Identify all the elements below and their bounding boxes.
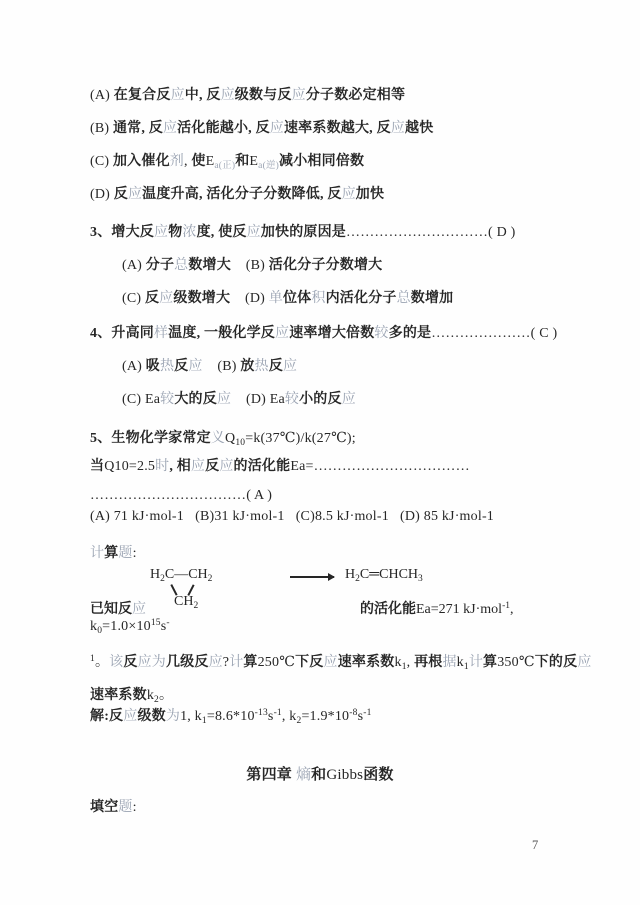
product-formula: H2C═CHCH3 (345, 567, 423, 584)
text-run: …………………………… (90, 488, 246, 503)
text-run: k (457, 655, 464, 670)
document-page: { "page": { "number": "7" }, "colors": {… (0, 0, 640, 905)
calc-text-block: k0=1.0×1015s-1。该反应为几级反应?计算250℃下反应速率系数k1,… (0, 618, 640, 829)
q2-option-d: (D) 反应温度升高, 活化分子分数降低, 反应加快 (90, 183, 610, 216)
text-run: 较 (160, 392, 174, 407)
text-run: 应 (283, 359, 297, 374)
text-run: 。 (159, 688, 173, 703)
text-run: =8.6*10 (207, 709, 255, 724)
text-run: 物 (168, 225, 182, 240)
chem-structure: H2C—CH2 CH2 H2C═CHCH3 已知反应 的活化能Ea=271 kJ… (90, 567, 640, 618)
text-run: E (249, 154, 258, 169)
reaction-arrow-icon (290, 576, 334, 578)
text-run: a(正) (214, 161, 235, 171)
q3-stem: 3、增大反应物浓度, 使反应加快的原因是…………………………( D ) (90, 221, 610, 254)
text-run: 应 (123, 709, 137, 724)
text-run: 数增加 (411, 291, 454, 306)
page-number: 7 (532, 838, 538, 853)
q5-options: (A) 71 kJ·mol-1 (B)31 kJ·mol-1 (C)8.5 kJ… (90, 509, 610, 542)
text-run: 使 (191, 154, 205, 169)
q5-stem-2: 当Q10=2.5时, 相应反应的活化能Ea=…………………………… (90, 455, 610, 488)
text-run: 的活化能 (360, 602, 416, 617)
text-run: 。 (95, 655, 109, 670)
text-run: 1, k (180, 709, 202, 724)
text-run: 几级反 (166, 655, 209, 670)
text-run: 加快 (356, 187, 384, 202)
text-run: 速率系数 (338, 655, 395, 670)
text-run (231, 392, 246, 407)
text-run: 当 (90, 459, 104, 474)
text-run: 多的是 (389, 326, 432, 341)
text-run: 250℃ (258, 655, 295, 670)
text-run: 熵 (296, 767, 311, 783)
text-run: 温度, 一般化学反 (168, 326, 275, 341)
text-run: k (147, 688, 154, 703)
text-run: 2 (193, 601, 198, 611)
text-run: 反 (123, 655, 137, 670)
q2-option-c: (C) 加入催化剂, 使Ea(正)和Ea(逆)减小相同倍数 (90, 150, 610, 183)
text-run: 应 (171, 88, 185, 103)
text-run: 算 (483, 655, 497, 670)
text-run: 反 (114, 187, 128, 202)
text-run: 剂 (170, 154, 184, 169)
text-run: 分子数必定相等 (306, 88, 405, 103)
text-run: : (133, 546, 137, 561)
text-run: 计 (469, 655, 483, 670)
text-run: 级数与反 (235, 88, 292, 103)
text-run: (B) (246, 258, 269, 273)
text-run: 和 (235, 154, 249, 169)
text-run: 时 (155, 459, 169, 474)
text-run: -1 (274, 708, 282, 718)
text-run: (D) (245, 291, 269, 306)
text-run: , (510, 602, 514, 617)
text-run: ( C ) (531, 326, 558, 341)
text-run: Q10=2.5 (104, 459, 155, 474)
text-run: 通常, 反 (113, 121, 163, 136)
text-run: 函数 (363, 767, 393, 783)
q3-options-cd: (C) 反应级数增大 (D) 单位体积内活化分子总数增加 (90, 287, 610, 320)
text-run: H (345, 567, 355, 582)
text-run: -8 (349, 708, 357, 718)
text-run: 活化分子分数增大 (269, 258, 383, 273)
text-run: Ea= (290, 459, 313, 474)
text-run: 为 (166, 709, 180, 724)
text-run: 算 (243, 655, 257, 670)
text-run: 浓 (182, 225, 196, 240)
question-text-block: (A) 在复合反应中, 反应级数与反应分子数必定相等(B) 通常, 反应活化能越… (0, 0, 640, 575)
text-run: (B) (217, 359, 240, 374)
text-run: 数增大 (188, 258, 231, 273)
text-run: 第四章 (246, 767, 296, 783)
text-run: (A) (122, 258, 146, 273)
activation-energy-label: 的活化能Ea=271 kJ·mol-1, (360, 598, 513, 618)
text-run: 大的反 (174, 392, 217, 407)
text-run: 应 (154, 225, 168, 240)
text-run: 加快的原因是 (261, 225, 346, 240)
text-run: 题 (118, 546, 132, 561)
text-run: -13 (255, 708, 268, 718)
text-run: 应 (217, 392, 231, 407)
text-run: 级数 (137, 709, 165, 724)
text-run: 已知反 (90, 602, 132, 617)
text-run: 计 (229, 655, 243, 670)
text-run: a(逆) (258, 161, 279, 171)
text-run: 2 (208, 574, 213, 584)
text-run: 度, 使反 (197, 225, 247, 240)
text-run: 温度升高, 活化分子分数降低, 反 (142, 187, 341, 202)
text-run: 计 (90, 546, 104, 561)
text-run: 热 (255, 359, 269, 374)
text-run: - (166, 618, 169, 628)
text-run: 速率增大倍数 (289, 326, 374, 341)
text-run: 填空 (90, 800, 118, 815)
text-run: (D) (90, 187, 114, 202)
text-run: 再根 (414, 655, 442, 670)
text-run: 5、生物化学家常定 (90, 431, 211, 446)
q4-options-cd: (C) Ea较大的反应 (D) Ea较小的反应 (90, 388, 610, 421)
text-run: 算 (104, 546, 118, 561)
text-run: 和 (311, 767, 326, 783)
text-run: 应 (138, 655, 152, 670)
text-run: 应 (128, 187, 142, 202)
text-run: 应 (342, 187, 356, 202)
text-run: 应 (209, 655, 223, 670)
text-run: 内活化分子 (326, 291, 397, 306)
text-run: 热 (160, 359, 174, 374)
text-run: 下反 (295, 655, 323, 670)
text-run: 越快 (405, 121, 433, 136)
text-run: 应 (191, 459, 205, 474)
text-run: 应 (132, 602, 146, 617)
text-run: 反 (269, 359, 283, 374)
text-run: (B) (90, 121, 113, 136)
q2-option-b: (B) 通常, 反应活化能越小, 反应速率系数越大, 反应越快 (90, 117, 610, 150)
text-run: 该 (109, 655, 123, 670)
q4-stem: 4、升高同样温度, 一般化学反应速率增大倍数较多的是…………………( C ) (90, 322, 610, 355)
text-run: ( D ) (488, 225, 515, 240)
text-run: 题 (118, 800, 132, 815)
text-run: k (395, 655, 402, 670)
text-run: 3、增大反 (90, 225, 154, 240)
text-run: 15 (151, 618, 161, 628)
text-run: -1 (502, 601, 510, 611)
text-run: (A) (90, 88, 114, 103)
text-run: 活化能越小, 反 (177, 121, 270, 136)
text-run: H (150, 567, 160, 582)
text-run: 在复合反 (114, 88, 171, 103)
text-run: ………………… (431, 326, 530, 341)
text-run: , k (282, 709, 297, 724)
text-run: 义 (211, 431, 225, 446)
text-run: 为 (152, 655, 166, 670)
text-run: 加入催化 (113, 154, 170, 169)
text-run: 应 (163, 121, 177, 136)
text-run: 350℃ (497, 655, 534, 670)
text-run: , 相 (169, 459, 191, 474)
text-run: 应 (577, 655, 591, 670)
text-run: 据 (442, 655, 456, 670)
text-run: 位体 (283, 291, 311, 306)
text-run: 解:反 (90, 709, 123, 724)
text-run: 应 (221, 88, 235, 103)
text-run: 4、升高同 (90, 326, 154, 341)
text-run: 速率系数 (90, 688, 147, 703)
k0-line: k0=1.0×1015s- (90, 618, 610, 651)
text-run: (C) (90, 154, 113, 169)
text-run: CH (174, 594, 193, 609)
text-run: 应 (247, 225, 261, 240)
text-run: 较 (285, 392, 299, 407)
text-run: 应 (188, 359, 202, 374)
text-run: , (407, 655, 414, 670)
text-run: =1.9*10 (301, 709, 349, 724)
text-run: 总 (397, 291, 411, 306)
text-run: =k(37℃)/k(27℃); (245, 431, 356, 446)
text-run: 速率系数越大, 反 (284, 121, 391, 136)
text-run: 较 (374, 326, 388, 341)
text-run: (C) Ea (122, 392, 160, 407)
text-run: …………………………… (314, 459, 470, 474)
fill-blank-title: 填空题: (90, 796, 610, 829)
text-run: Gibbs (326, 767, 363, 783)
text-run: 积 (311, 291, 325, 306)
q3-options-ab: (A) 分子总数增大 (B) 活化分子分数增大 (90, 254, 610, 287)
cyclopropane-top-formula: H2C—CH2 (150, 567, 212, 584)
text-run: =1.0×10 (102, 619, 151, 634)
text-run: 应 (275, 326, 289, 341)
text-run: (A) (122, 359, 146, 374)
text-run: 应 (219, 459, 233, 474)
text-run: 放 (240, 359, 254, 374)
text-run: ( A ) (246, 488, 272, 503)
text-run: : (133, 800, 137, 815)
text-run: 单 (269, 291, 283, 306)
calc-body-1: 1。该反应为几级反应?计算250℃下反应速率系数k1, 再根据k1计算350℃下… (90, 651, 610, 684)
text-run: 下的反 (535, 655, 578, 670)
text-run: 小的反 (299, 392, 342, 407)
text-run: Ea=271 kJ·mol (416, 602, 502, 617)
known-reaction-label: 已知反应 (90, 598, 146, 618)
text-run: (A) 71 kJ·mol-1 (B)31 kJ·mol-1 (C)8.5 kJ… (90, 509, 494, 524)
text-run: -1 (363, 708, 371, 718)
text-run: 样 (154, 326, 168, 341)
text-run: 级数增大 (173, 291, 230, 306)
text-run (203, 359, 218, 374)
cyclopropane-bottom-formula: CH2 (174, 594, 198, 611)
text-run: 反 (205, 459, 219, 474)
text-run: 应 (292, 88, 306, 103)
text-run: 应 (270, 121, 284, 136)
text-run: 应 (159, 291, 173, 306)
text-run: 吸 (146, 359, 160, 374)
text-run (230, 291, 245, 306)
text-run: 应 (323, 655, 337, 670)
text-run: (C) (122, 291, 145, 306)
text-run: 反 (145, 291, 159, 306)
text-run: 应 (391, 121, 405, 136)
text-run: C═CHCH (360, 567, 418, 582)
text-run: 10 (235, 438, 245, 448)
text-run: (D) Ea (246, 392, 285, 407)
text-run: Q (225, 431, 235, 446)
text-run: 减小相同倍数 (279, 154, 364, 169)
text-run: 反 (174, 359, 188, 374)
text-run: 中, 反 (185, 88, 221, 103)
q4-options-ab: (A) 吸热反应 (B) 放热反应 (90, 355, 610, 388)
text-run: 分子 (146, 258, 174, 273)
text-run: 3 (418, 574, 423, 584)
q2-option-a: (A) 在复合反应中, 反应级数与反应分子数必定相等 (90, 84, 610, 117)
text-run: 应 (342, 392, 356, 407)
text-run: 总 (174, 258, 188, 273)
solution-line: 解:反应级数为1, k1=8.6*10-13s-1, k2=1.9*10-8s-… (90, 705, 610, 738)
text-run: 的活化能 (234, 459, 291, 474)
text-run (231, 258, 246, 273)
text-run: ………………………… (346, 225, 488, 240)
text-run: C—CH (165, 567, 208, 582)
chapter-heading: 第四章 熵和Gibbs函数 (30, 763, 610, 796)
